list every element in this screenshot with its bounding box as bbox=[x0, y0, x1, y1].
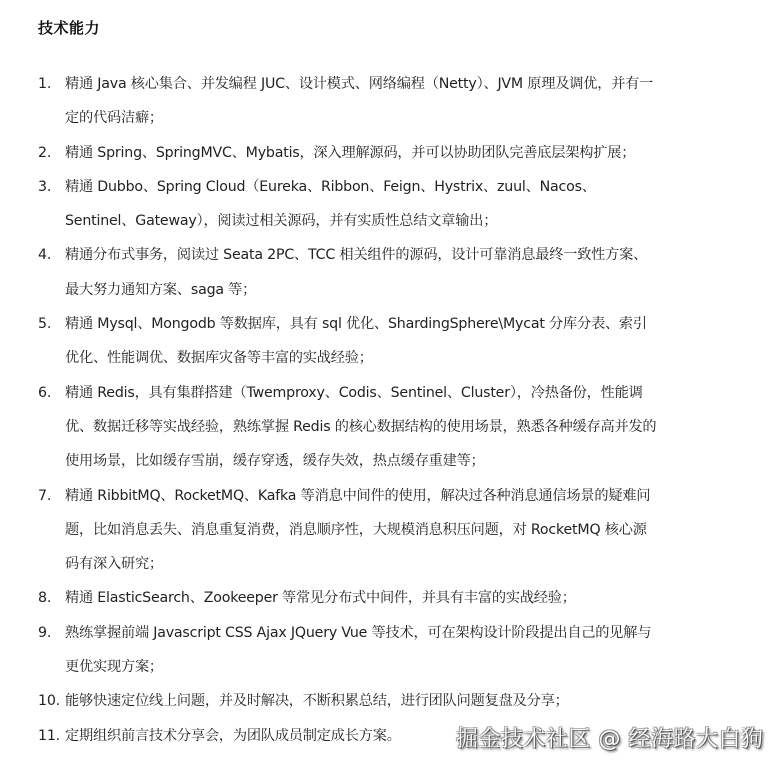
list-item: 2. 精通 Spring、SpringMVC、Mybatis，深入理解源码，并可… bbox=[38, 136, 658, 170]
item-number: 8. bbox=[38, 581, 64, 615]
list-item: 3. 精通 Dubbo、Spring Cloud（Eureka、Ribbon、F… bbox=[38, 170, 658, 239]
list-item: 10. 能够快速定位线上问题，并及时解决，不断积累总结，进行团队问题复盘及分享； bbox=[38, 684, 658, 718]
list-item: 6. 精通 Redis，具有集群搭建（Twemproxy、Codis、Senti… bbox=[38, 376, 658, 479]
list-item: 4. 精通分布式事务，阅读过 Seata 2PC、TCC 相关组件的源码，设计可… bbox=[38, 238, 658, 307]
skills-list: 1. 精通 Java 核心集合、并发编程 JUC、设计模式、网络编程（Netty… bbox=[38, 67, 658, 753]
item-number: 9. bbox=[38, 616, 64, 650]
item-text: 精通 RibbitMQ、RocketMQ、Kafka 等消息中间件的使用，解决过… bbox=[65, 479, 658, 582]
item-number: 7. bbox=[38, 479, 64, 513]
item-text: 精通 Java 核心集合、并发编程 JUC、设计模式、网络编程（Netty）、J… bbox=[65, 67, 658, 136]
item-number: 10. bbox=[38, 684, 64, 718]
item-number: 3. bbox=[38, 170, 64, 204]
section-title: 技术能力 bbox=[38, 17, 100, 38]
watermark: 掘金技术社区 @ 经海路大白狗 bbox=[456, 722, 764, 753]
item-number: 4. bbox=[38, 238, 64, 272]
item-number: 2. bbox=[38, 136, 64, 170]
list-item: 8. 精通 ElasticSearch、Zookeeper 等常见分布式中间件，… bbox=[38, 581, 658, 615]
list-item: 7. 精通 RibbitMQ、RocketMQ、Kafka 等消息中间件的使用，… bbox=[38, 479, 658, 582]
item-text: 精通 Spring、SpringMVC、Mybatis，深入理解源码，并可以协助… bbox=[65, 136, 658, 170]
list-item: 5. 精通 Mysql、Mongodb 等数据库，具有 sql 优化、Shard… bbox=[38, 307, 658, 376]
item-number: 6. bbox=[38, 376, 64, 410]
list-item: 9. 熟练掌握前端 Javascript CSS Ajax JQuery Vue… bbox=[38, 616, 658, 685]
list-item: 1. 精通 Java 核心集合、并发编程 JUC、设计模式、网络编程（Netty… bbox=[38, 67, 658, 136]
item-text: 能够快速定位线上问题，并及时解决，不断积累总结，进行团队问题复盘及分享； bbox=[65, 684, 658, 718]
item-text: 精通 Mysql、Mongodb 等数据库，具有 sql 优化、Sharding… bbox=[65, 307, 658, 376]
item-text: 精通 ElasticSearch、Zookeeper 等常见分布式中间件，并具有… bbox=[65, 581, 658, 615]
item-number: 11. bbox=[38, 719, 64, 753]
item-text: 精通 Dubbo、Spring Cloud（Eureka、Ribbon、Feig… bbox=[65, 170, 658, 239]
item-text: 精通 Redis，具有集群搭建（Twemproxy、Codis、Sentinel… bbox=[65, 376, 658, 479]
item-text: 精通分布式事务，阅读过 Seata 2PC、TCC 相关组件的源码，设计可靠消息… bbox=[65, 238, 658, 307]
item-text: 熟练掌握前端 Javascript CSS Ajax JQuery Vue 等技… bbox=[65, 616, 658, 685]
item-number: 5. bbox=[38, 307, 64, 341]
item-number: 1. bbox=[38, 67, 64, 101]
